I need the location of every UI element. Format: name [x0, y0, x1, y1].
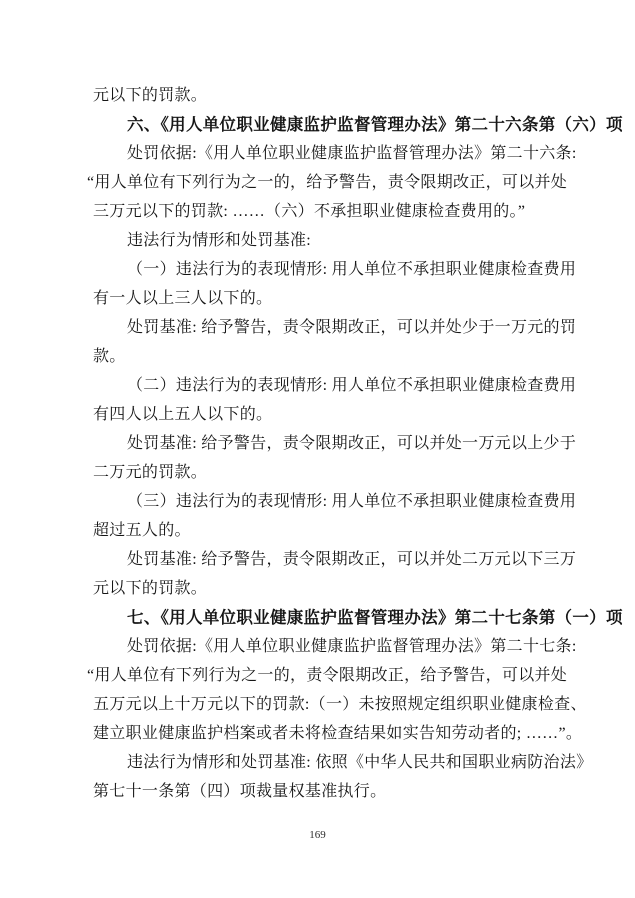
text-line: 有四人以上五人以下的。 [93, 400, 573, 429]
page-number: 169 [0, 828, 635, 842]
text-line: 处罚依据:《用人单位职业健康监护监督管理办法》第二十七条: [93, 632, 573, 661]
text-line: “用人单位有下列行为之一的，责令限期改正，给予警告，可以并处 [87, 661, 573, 690]
text-line: 三万元以下的罚款: ……（六）不承担职业健康检查费用的。” [93, 197, 573, 226]
text-line: 五万元以上十万元以下的罚款:（一）未按照规定组织职业健康检查、 [93, 690, 573, 719]
text-line: 建立职业健康监护档案或者未将检查结果如实告知劳动者的; ……”。 [93, 719, 573, 748]
document-body: 元以下的罚款。六、《用人单位职业健康监护监督管理办法》第二十六条第（六）项处罚依… [93, 81, 573, 806]
text-line: 二万元的罚款。 [93, 458, 573, 487]
text-line: 第七十一条第（四）项裁量权基准执行。 [93, 777, 573, 806]
text-line: 处罚基准: 给予警告，责令限期改正，可以并处二万元以下三万 [93, 545, 573, 574]
text-line: 处罚依据:《用人单位职业健康监护监督管理办法》第二十六条: [93, 139, 573, 168]
text-line: 款。 [93, 342, 573, 371]
text-line: 有一人以上三人以下的。 [93, 284, 573, 313]
text-line: 违法行为情形和处罚基准: [93, 226, 573, 255]
text-line: 违法行为情形和处罚基准: 依照《中华人民共和国职业病防治法》 [93, 748, 573, 777]
text-line: （一）违法行为的表现情形: 用人单位不承担职业健康检查费用 [93, 255, 573, 284]
text-line: 处罚基准: 给予警告，责令限期改正，可以并处少于一万元的罚 [93, 313, 573, 342]
text-line: （二）违法行为的表现情形: 用人单位不承担职业健康检查费用 [93, 371, 573, 400]
text-line: 超过五人的。 [93, 516, 573, 545]
document-page: 元以下的罚款。六、《用人单位职业健康监护监督管理办法》第二十六条第（六）项处罚依… [0, 0, 635, 898]
text-line: 元以下的罚款。 [93, 81, 573, 110]
text-line: （三）违法行为的表现情形: 用人单位不承担职业健康检查费用 [93, 487, 573, 516]
text-line: 七、《用人单位职业健康监护监督管理办法》第二十七条第（一）项 [93, 603, 573, 632]
text-line: 六、《用人单位职业健康监护监督管理办法》第二十六条第（六）项 [93, 110, 573, 139]
text-line: 处罚基准: 给予警告，责令限期改正，可以并处一万元以上少于 [93, 429, 573, 458]
text-line: 元以下的罚款。 [93, 574, 573, 603]
text-line: “用人单位有下列行为之一的，给予警告，责令限期改正，可以并处 [87, 168, 573, 197]
